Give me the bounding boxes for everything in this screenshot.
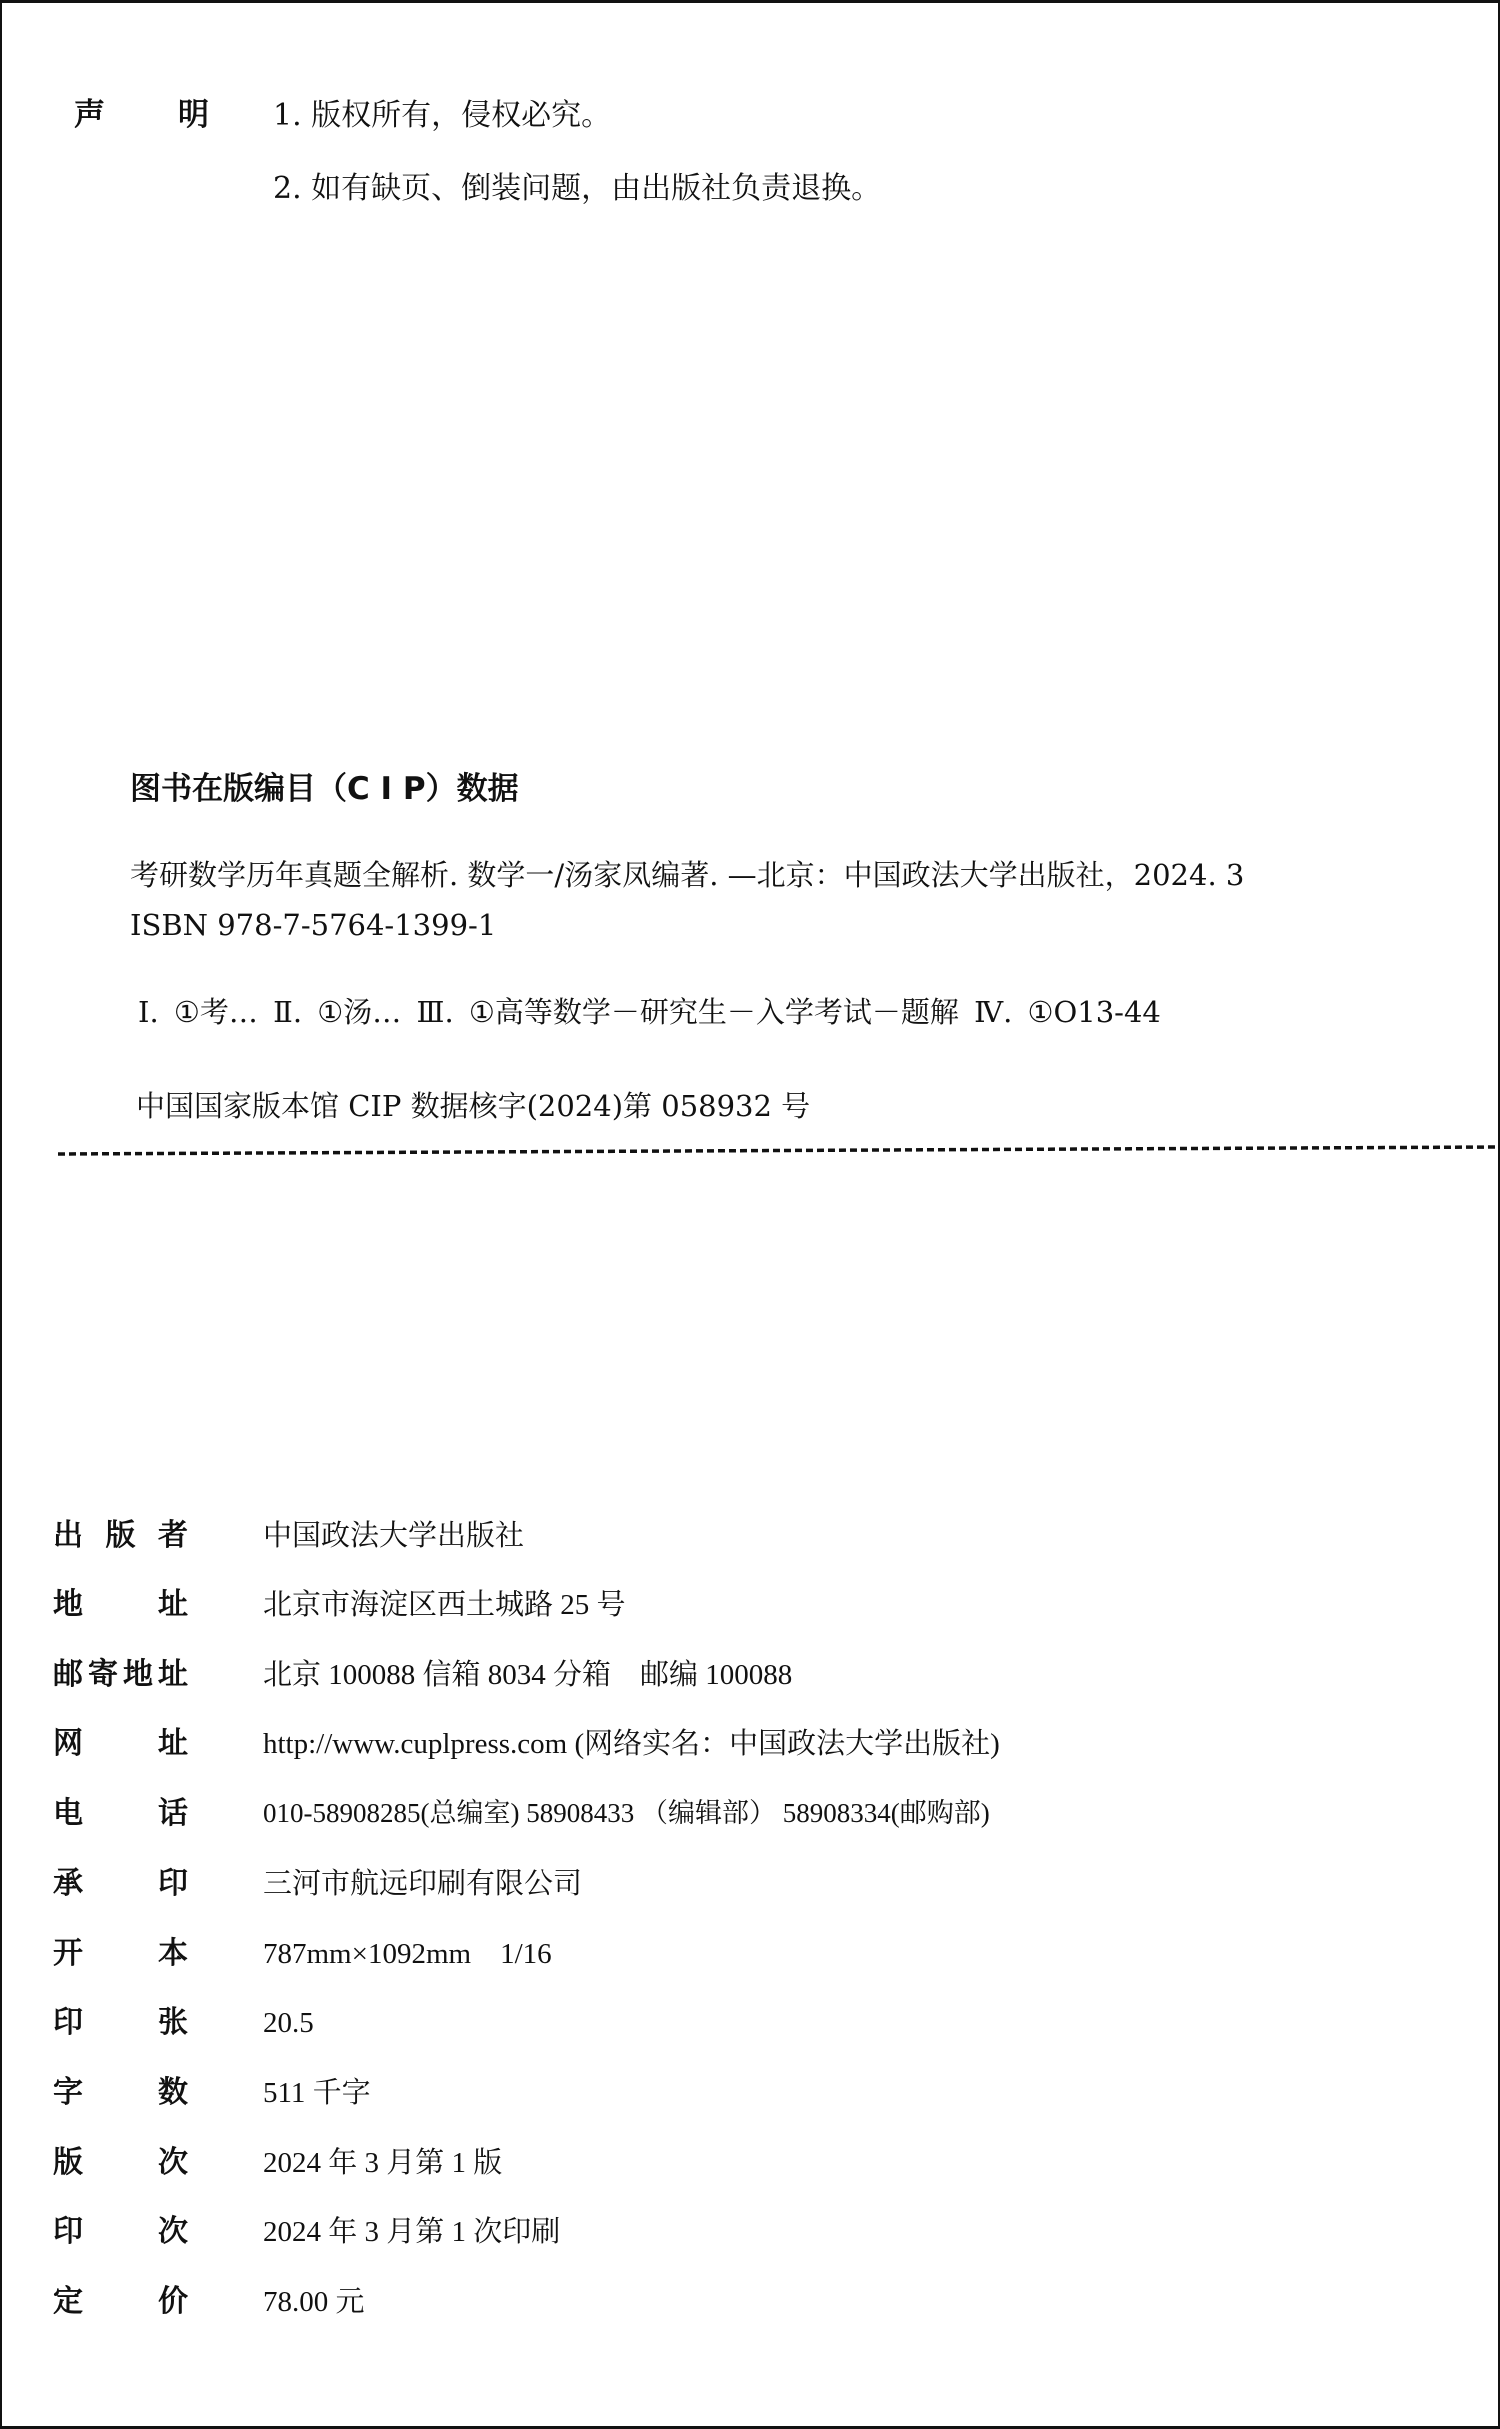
info-row-website: 网 址 http://www.cuplpress.com (网络实名：中国政法大… [2,1729,1500,1769]
info-value: 20.5 [263,2009,314,2038]
info-row-price: 定 价 78.00 元 [2,2287,1500,2327]
info-label: 印 次 [53,2217,188,2247]
label-char: 字 [53,2078,83,2108]
label-char: 址 [158,1590,188,1620]
info-value: 三河市航远印刷有限公司 [263,1870,582,1899]
label-char: 邮 [53,1660,83,1690]
label-char: 者 [158,1521,188,1551]
declaration-label-char: 声 [74,100,105,131]
label-char: 次 [158,2217,188,2247]
info-label: 定 价 [53,2287,188,2317]
info-label: 承 印 [53,1869,188,1899]
cip-number: 中国国家版本馆 CIP 数据核字(2024)第 058932 号 [136,1092,810,1121]
label-char: 地 [53,1590,83,1620]
label-char: 电 [53,1799,83,1829]
info-label: 版 次 [53,2148,188,2178]
info-label: 出 版 者 [53,1521,188,1551]
info-value: 中国政法大学出版社 [263,1522,524,1551]
info-row-word-count: 字 数 511 千字 [2,2078,1500,2118]
info-row-format: 开 本 787mm×1092mm 1/16 [2,1939,1500,1979]
label-char: 承 [53,1869,83,1899]
declaration-item-1: 1. 版权所有，侵权必究。 [273,101,611,131]
info-value: 2024 年 3 月第 1 次印刷 [263,2218,560,2247]
label-char: 印 [53,2008,83,2038]
label-char: 本 [158,1939,188,1969]
info-label: 印 张 [53,2008,188,2038]
info-value: 北京市海淀区西土城路 25 号 [263,1591,626,1620]
info-row-sheets: 印 张 20.5 [2,2008,1500,2048]
label-char: 址 [158,1729,188,1759]
info-row-printing: 印 次 2024 年 3 月第 1 次印刷 [2,2217,1500,2257]
info-row-address: 地 址 北京市海淀区西土城路 25 号 [2,1590,1500,1630]
label-char: 地 [123,1660,153,1690]
dashed-divider [58,1143,1500,1157]
info-label: 开 本 [53,1939,188,1969]
cip-classification: Ⅰ. ①考… Ⅱ. ①汤… Ⅲ. ①高等数学－研究生－入学考试－题解 Ⅳ. ①O… [138,998,1161,1027]
info-value: 787mm×1092mm 1/16 [263,1940,552,1969]
info-value: 2024 年 3 月第 1 版 [263,2149,502,2178]
info-label: 电 话 [53,1799,188,1829]
cip-isbn: ISBN 978-7-5764-1399-1 [130,911,496,940]
info-value: 北京 100088 信箱 8034 分箱 邮编 100088 [263,1661,792,1690]
info-value: 511 千字 [263,2079,371,2108]
label-char: 版 [106,1521,136,1551]
info-row-publisher: 出 版 者 中国政法大学出版社 [2,1521,1500,1561]
declaration-item-2: 2. 如有缺页、倒装问题，由出版社负责退换。 [273,174,881,204]
info-label: 网 址 [53,1729,188,1759]
label-char: 开 [53,1939,83,1969]
info-row-printer: 承 印 三河市航远印刷有限公司 [2,1869,1500,1909]
copyright-page: 声 明 1. 版权所有，侵权必究。 2. 如有缺页、倒装问题，由出版社负责退换。… [0,0,1500,2429]
info-value: 78.00 元 [263,2288,365,2317]
info-value-website-link[interactable]: http://www.cuplpress.com (网络实名：中国政法大学出版社… [263,1730,1000,1759]
info-row-phone: 电 话 010-58908285(总编室) 58908433 （编辑部） 589… [2,1799,1500,1839]
label-char: 寄 [88,1660,118,1690]
label-char: 网 [53,1729,83,1759]
info-row-mailing-address: 邮 寄 地 址 北京 100088 信箱 8034 分箱 邮编 100088 [2,1660,1500,1700]
label-char: 址 [158,1660,188,1690]
info-label: 字 数 [53,2078,188,2108]
label-char: 次 [158,2148,188,2178]
label-char: 版 [53,2148,83,2178]
label-char: 价 [158,2287,188,2317]
label-char: 印 [158,1869,188,1899]
label-char: 出 [53,1521,83,1551]
label-char: 张 [158,2008,188,2038]
info-label: 邮 寄 地 址 [53,1660,188,1690]
dashed-line-icon [58,1144,1500,1158]
label-char: 数 [158,2078,188,2108]
info-value: 010-58908285(总编室) 58908433 （编辑部） 5890833… [263,1800,990,1827]
info-label: 地 址 [53,1590,188,1620]
cip-record-line: 考研数学历年真题全解析. 数学一/汤家凤编著. —北京：中国政法大学出版社，20… [130,861,1244,890]
declaration-label-char: 明 [178,100,209,131]
info-row-edition: 版 次 2024 年 3 月第 1 版 [2,2148,1500,2188]
cip-title: 图书在版编目（C I P）数据 [130,774,519,805]
label-char: 定 [53,2287,83,2317]
label-char: 话 [158,1799,188,1829]
label-char: 印 [53,2217,83,2247]
